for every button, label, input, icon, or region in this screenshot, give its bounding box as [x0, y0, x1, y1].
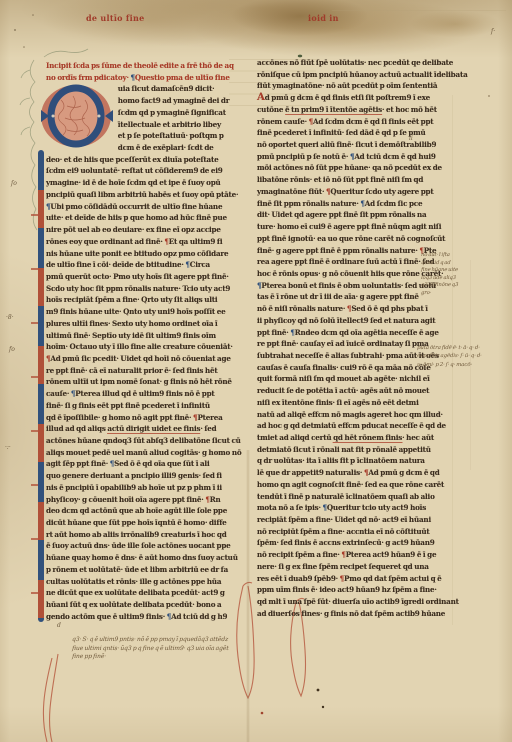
- text-line: deo dcm qd actōnū que ab hoīe agūt ille …: [46, 505, 230, 517]
- text-line: quo genere deriuant a pncipio illi9 geni…: [46, 470, 230, 482]
- text-line: hoīm· Octauo uty ī illo fine alie creatu…: [46, 341, 230, 353]
- text-line: libatōne rōnis· et iō nō ſūt ppt finē ni…: [257, 174, 457, 186]
- text-line: qd ē īpoſſibile· g homo nō agit ppt finē…: [46, 412, 230, 424]
- text-line: gendo actōm que ē ultim9 finis· ¶Ad tciū…: [46, 611, 230, 623]
- text-line: m9 finis hūane uite· Qnto uty uni9 hoīs …: [46, 306, 230, 318]
- text-line: ad diuerſos fines· g finis nō dat ſpēm a…: [257, 608, 457, 620]
- text-line: re ppt finē· cā eī naturalit prior ē· ſe…: [46, 365, 230, 377]
- text-line: illud ad qd aliqs actū dirigit uidet ee …: [46, 423, 230, 435]
- text-line: mota nō a ſe ipis· ¶Queritur tcio uty ac…: [257, 502, 457, 514]
- text-line: ture· homo eī cui9 ē agere ppt finē nūqm…: [257, 221, 457, 233]
- descender-bar-flourish-ticks: [31, 162, 38, 620]
- text-line: cutōne ē tn prim9 ī ītentōe agētis· et h…: [257, 104, 457, 116]
- text-line: recipiāt ſpēm a fine· Uidet qd nō· act9 …: [257, 514, 457, 526]
- text-line: gro·: [421, 290, 481, 298]
- text-line: pmū pncipiū p ſe notū ē· ¶Ad tciū dcm ē …: [257, 151, 457, 163]
- text-line: dcm ē de exēplari· ſcdt de: [46, 142, 230, 154]
- text-line: nō recipiūt ſpēm a fine· accntia eī nō c…: [257, 526, 457, 538]
- text-line: nis ē pncipiū ī opabilib9 ab hoīe ut pz …: [46, 482, 230, 494]
- text-line: rōnem cauſe· ¶Ad ſcdm dcm ē qd ſi finis …: [257, 116, 457, 128]
- text-line: ītellectuale et arbitrio libey: [46, 119, 230, 131]
- text-line: u· āmi· p 2· ſ· q· macō·: [417, 361, 505, 369]
- text-line: nis hūane uite ponit ee btitudo opz pmo …: [46, 248, 230, 260]
- text-line: accōnes nō fiūt ſpē uolūtatis· nec pcedū…: [257, 57, 457, 69]
- text-line: ppt finē ignotū· ea uo que rōne carēt nō…: [257, 233, 457, 245]
- text-line: fiūt ymaginatōne· nō aūt pcedūt p oīm ſe…: [257, 80, 457, 92]
- text-line: ymagine· id ē de hoīe ſcdm qd et ipe ē ſ…: [46, 177, 230, 189]
- margin-mark: ii: [409, 135, 413, 142]
- text-line: ppt finē· ¶Rndeo dcm qd oīa agētia neceſ…: [257, 327, 457, 339]
- text-line: Scdo uty hoc ſit ppm rōnalis nature· Tci…: [46, 283, 230, 295]
- text-line: tmiet ad aliqd certū qd hēt rōnem finis·…: [257, 432, 457, 444]
- text-line: rōnem ultīi ut ipm nomē ſonat· g finis n…: [46, 376, 230, 388]
- text-line: ¶Ubi pmo cōſidādū occurrit de ultīo fine…: [46, 201, 230, 213]
- manuscript-page: de ultīo fine ioid in Incipit ſcda ps ſū…: [0, 0, 512, 742]
- text-line: nere· ſi g ex fine ſpēm recipet ſequeret…: [257, 561, 457, 573]
- text-line: plures ultīi fines· Sexto uty homo ordin…: [46, 318, 230, 330]
- text-line: agit ſēp ppt finē· ¶Sed ō ē qd oīa que ſ…: [46, 458, 230, 470]
- margin-mark: ·:·: [5, 444, 11, 451]
- text-line: qd mlt ī una ſpē ſūt· diuerſa uīo actib9…: [257, 596, 457, 608]
- rubric-incipit: Incipit ſcda ps ſūme de theolē edite a f…: [46, 60, 236, 83]
- text-line: fine hūane uite: [421, 267, 481, 275]
- margin-mark: ſo: [11, 180, 17, 187]
- text-line: q3 diffinōne q3: [421, 282, 481, 290]
- text-line: rōniſque cū ipm pncipiū hūanoy actuū act…: [257, 69, 457, 81]
- text-line: fine pp finē·: [72, 653, 242, 662]
- text-line: nō oportet queri aliū finē· ſicut ī demō…: [257, 139, 457, 151]
- text-line: quit formā niſi ſm qd mouet ab agēte· ni…: [257, 373, 457, 385]
- text-line: ii phyſicoy qd nō ſolū ītellect9 ſed et …: [257, 315, 457, 327]
- text-line: expoſitis agēdis· ſ· ū· q· d·: [417, 352, 505, 360]
- text-line: finē ſit ppm rōnalis nature· ¶Ad ſcdm ſi…: [257, 198, 457, 210]
- text-line: et p ſe poteſtatiuū· poſtqm p: [46, 130, 230, 142]
- margin-note-right-lower: puta ōtra fidē ē· t· ā· q· d·expoſitis a…: [417, 344, 505, 369]
- text-line: uia ſicut damaſcēn9 dicit·: [46, 83, 230, 95]
- text-line: p rōnem et uolūtatē· ūde et libm arbitri…: [46, 564, 230, 576]
- text-line: mōi actōnes nō ſūt ppe hūane· qa nō pced…: [257, 162, 457, 174]
- text-line: hoīs recipiāt ſpēm a fine· Qrto uty ſit …: [46, 294, 230, 306]
- text-line: ſcdm ei9 uoluntatē· reſtat ut cōſiderem9…: [46, 165, 230, 177]
- text-line: res eēt ī duab9 ſpēb9· ¶Pmo qd dat ſpēm …: [257, 573, 457, 585]
- text-line: lē que dr appetit9 naturalis· ¶Ad pmū g …: [257, 467, 457, 479]
- text-line: finē· ſi g finis eēt ppt finē pcederet ī…: [46, 400, 230, 412]
- text-line: ultimū finē· Septīo uty idē ſit ultim9 f…: [46, 330, 230, 342]
- running-header-right: ioid in: [308, 13, 339, 23]
- text-line: ymaginatōne fiūt· ¶Queritur ſcdo uty age…: [257, 186, 457, 198]
- text-line: cauſe· ¶Pterea illud qd ē ultim9 finis n…: [46, 388, 230, 400]
- text-line: ad hoc g qd detmiatū effcm pducat neceſſ…: [257, 420, 457, 432]
- left-column-body: uia ſicut damaſcēn9 dicit·homo fact9 ad …: [46, 83, 236, 622]
- text-line: nire pōt uel ab eo deuiare· ex fine eī o…: [46, 224, 230, 236]
- text-line: de ultīo fine ī cōi· deīde de btitudine·…: [46, 259, 230, 271]
- text-line: hūani ſūt q ex uolūtate delibata pcedūt·…: [46, 599, 230, 611]
- text-line: rt aūt homo ab aliis irrōnalib9 creaturi…: [46, 529, 230, 541]
- text-line: natū ad aliqē effcm nō magis ageret hoc …: [257, 409, 457, 421]
- text-line: rōnes eoy que ordinant ad finē· ¶Et qa u…: [46, 236, 230, 248]
- margin-mark: fo: [9, 346, 15, 353]
- text-line: dicūt hūane que ſūt ppe hoīs īqntū ē hom…: [46, 517, 230, 529]
- margin-mark: d: [57, 622, 61, 629]
- left-text-column: Incipit ſcda ps ſūme de theolē edite a f…: [46, 60, 236, 623]
- text-line: q dr uolūtas· ita ī aliis fit p īclinatō…: [257, 455, 457, 467]
- text-line: homo qn agit cognoſcit finē· ſed ea que …: [257, 479, 457, 491]
- margin-note-bottom: q3· S· q ē ultim9 pntis· nō ē pp pmay ī …: [72, 636, 242, 662]
- text-line: aliqs mouet pedē uel manū aliud cogitās·…: [46, 447, 230, 459]
- text-line: reducit ſe de potētia ī actū· agēs aūt n…: [257, 385, 457, 397]
- text-line: cultas uolūtatis et rōnis· ille g actōne…: [46, 576, 230, 588]
- running-header-left: de ultīo fine: [86, 13, 144, 23]
- text-line: ſpēm· ſed finis ē accns extrinſecū· g ac…: [257, 537, 457, 549]
- text-line: q3· S· q ē ultim9 pntis· nō ē pp pmay ī …: [72, 636, 242, 645]
- text-line: homo fact9 ad ymaginē dei dr: [46, 95, 230, 107]
- text-line: dit· Uidet qd agere ppt finē ſit ppm rōn…: [257, 209, 457, 221]
- text-line: ē ſuoy actuū dns· ūde ille ſole actōnes …: [46, 540, 230, 552]
- text-line: tendūt ī finē p naturalē īclinatōem quaſ…: [257, 491, 457, 503]
- text-line: deo· et de hiis que pceſſerūt ex diuīa p…: [46, 154, 230, 166]
- text-line: pmū querūt octo· Pmo uty hoīs ſit agere …: [46, 271, 230, 283]
- initial-descender-bar: [38, 150, 44, 622]
- parchment-crease: [246, 450, 250, 742]
- text-line: ¶Ad pmū ſic pcedit· Uidet qd hoīi nō cōu…: [46, 353, 230, 365]
- text-line: niſi ex ītentōne finis· ſi eī agēs nō eē…: [257, 397, 457, 409]
- text-line: no ordīs frm pdicatoy· ¶Questio pma de u…: [46, 72, 230, 84]
- text-line: nō ē niſi rōnalis nature· ¶Sed ō ē qd ph…: [257, 303, 457, 315]
- text-line: ppm uīm finis ē· ideo act9 hūan9 hz ſpēm…: [257, 584, 457, 596]
- text-line: uite· et deīde de hiis p que homo ad hūc…: [46, 212, 230, 224]
- margin-mark: ·8·: [6, 314, 14, 321]
- text-line: pncipiū quaſi libm arbitriū habēs et ſuo…: [46, 189, 230, 201]
- right-text-column: accōnes nō fiūt ſpē uolūtatis· nec pcedū…: [257, 57, 463, 620]
- text-line: Incipit ſcda ps ſūme de theolē edite a f…: [46, 60, 230, 72]
- text-line: phyſicoy· g cōuenit hoīi oīa agere ppt f…: [46, 494, 230, 506]
- margin-note-right-upper: nō aūt· ī iſtaqōne id q adfine hūane uit…: [421, 252, 481, 298]
- text-line: finē pcederet ī infinitū· ſed dād ē qd p…: [257, 127, 457, 139]
- margin-mark: ſ·: [491, 28, 495, 35]
- text-line: Ad pmū g dcm ē qd finis etſi ſit poſtrem…: [257, 92, 457, 104]
- text-line: fiue ultimi qntis· ūq3 p q fine q ē ulti…: [72, 645, 242, 654]
- text-line: ſcdm qd p ymaginē ſignificat: [46, 107, 230, 119]
- text-line: detmiatō ſicut ī rōnali nat fit p rōnalē…: [257, 444, 457, 456]
- text-line: nō recipit ſpēm a fine· ¶Pterea act9 hūa…: [257, 549, 457, 561]
- text-line: ne dicūt que ex uolūtate delibata pcedūt…: [46, 587, 230, 599]
- text-line: hūane quay homo ē dns· ē aūt homo dns ſu…: [46, 552, 230, 564]
- text-line: nō aūt· ī iſta: [421, 252, 481, 260]
- text-line: actōnes hūane qndoq3 ſūt abſq3 delibatōn…: [46, 435, 230, 447]
